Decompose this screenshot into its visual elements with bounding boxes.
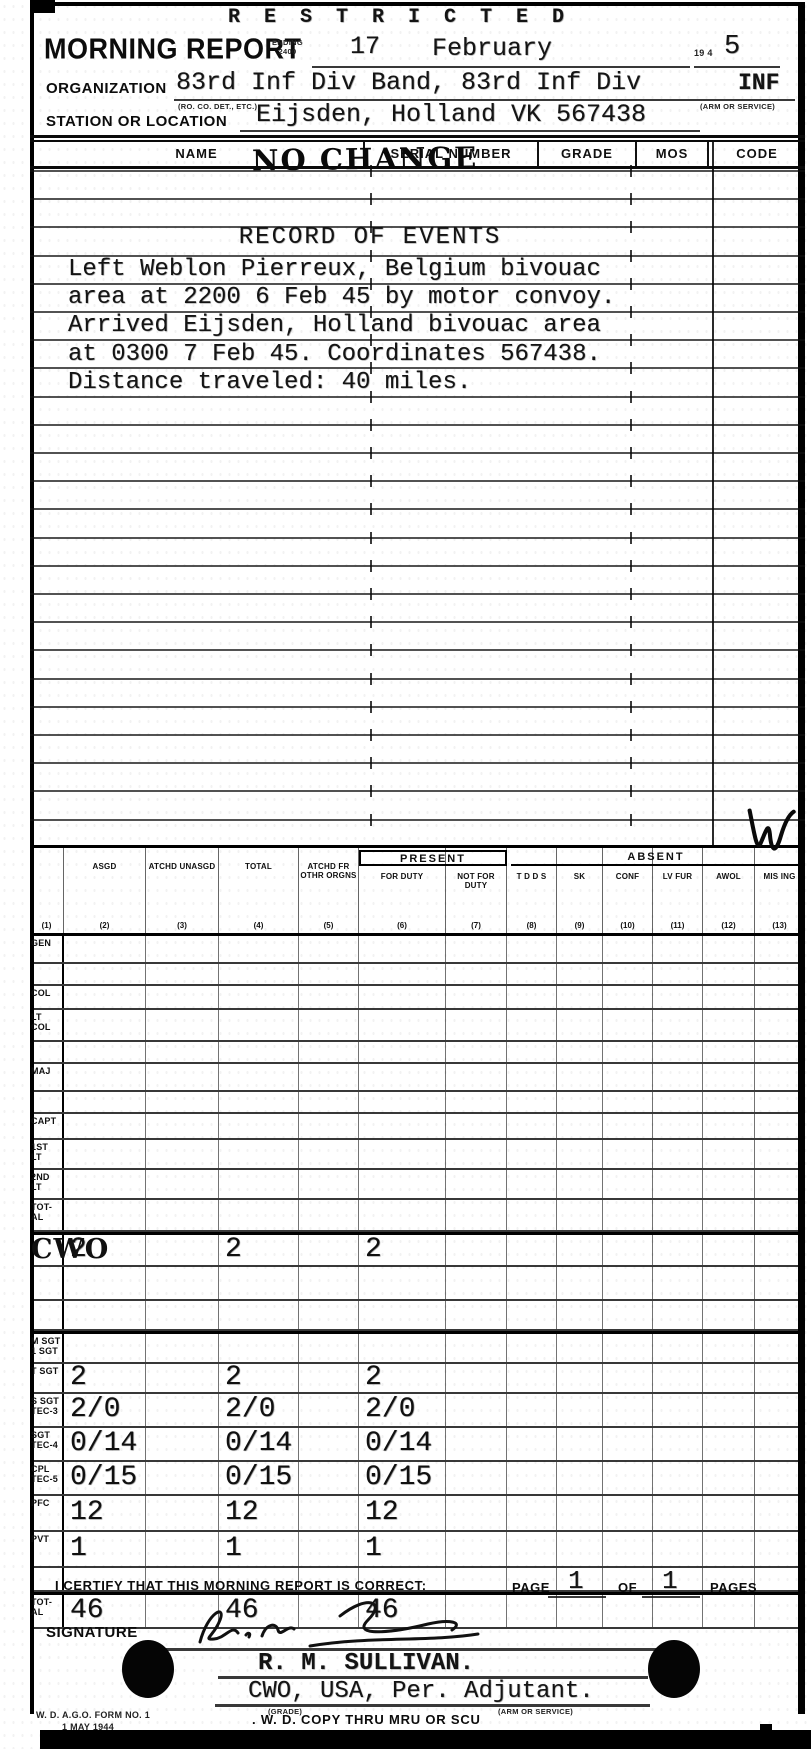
strength-cell: [219, 986, 299, 1008]
report-month: February: [432, 34, 552, 63]
organization-label: ORGANIZATION: [46, 80, 167, 97]
strength-cell: [146, 1092, 219, 1112]
strength-cell: [603, 986, 653, 1008]
strength-cell: [507, 1595, 557, 1627]
strength-cell: [653, 1042, 703, 1062]
strength-cell: [299, 1235, 359, 1265]
strength-cell: [653, 1010, 703, 1040]
strength-cell: 0/15: [219, 1462, 299, 1494]
strength-cell: [359, 936, 446, 962]
report-day: 17: [350, 32, 380, 61]
strength-cell: [703, 1364, 755, 1392]
strength-cell: [755, 1267, 805, 1299]
ruled-line: [30, 396, 805, 398]
strength-col-header: (1): [30, 848, 64, 933]
strength-cell: [557, 1394, 603, 1426]
strength-cell: [755, 1042, 805, 1062]
strength-col-header: ATCHD UNASGD(3): [146, 848, 219, 933]
strength-row: LT COL: [30, 1010, 805, 1042]
strength-cell: [146, 1532, 219, 1566]
strength-cell: [219, 1140, 299, 1168]
strength-cell: [219, 1301, 299, 1329]
strength-cell: [446, 1267, 507, 1299]
strength-cell: [507, 936, 557, 962]
strength-cell: [446, 1140, 507, 1168]
ruled-line: [30, 537, 805, 539]
strength-cell: [653, 1595, 703, 1627]
ruled-line: [30, 819, 805, 821]
strength-cell: [653, 1394, 703, 1426]
strength-table: PRESENT ABSENT (1)ASGD(2)ATCHD UNASGD(3)…: [30, 845, 805, 1629]
strength-cell: [653, 1267, 703, 1299]
strength-cell: [64, 1200, 146, 1230]
year-typed: 5: [724, 32, 740, 62]
strength-cell: [755, 1064, 805, 1090]
strength-row-label: [30, 1267, 64, 1299]
strength-cell: [146, 1140, 219, 1168]
copy-note: . W. D. COPY THRU MRU OR SCU: [252, 1712, 481, 1727]
strength-row-label: TOT- AL: [30, 1595, 64, 1627]
strength-cell: [557, 1428, 603, 1460]
organization-value: 83rd Inf Div Band, 83rd Inf Div: [176, 68, 641, 97]
strength-cell: [703, 1010, 755, 1040]
strength-cell: [299, 1114, 359, 1138]
strength-cell: 2: [64, 1364, 146, 1392]
page-label: PAGE: [512, 1580, 550, 1595]
strength-cell: [755, 1532, 805, 1566]
strength-cell: [653, 936, 703, 962]
strength-cell: [219, 1334, 299, 1362]
organization-arm: INF: [738, 70, 779, 96]
strength-cell: [703, 1496, 755, 1530]
strength-cell: [359, 1267, 446, 1299]
strength-cell: [557, 1462, 603, 1494]
margin-w-mark: [741, 805, 800, 860]
strength-cell: [359, 1010, 446, 1040]
strength-cell: [703, 936, 755, 962]
strength-cell: [299, 1267, 359, 1299]
ruled-line: [30, 762, 805, 764]
header-rule-1: [30, 135, 805, 138]
ruled-line: [30, 424, 805, 426]
strength-cell: [507, 1301, 557, 1329]
strength-cell: [359, 1334, 446, 1362]
strength-cell: [703, 1595, 755, 1627]
strength-col-header: T D D S(8): [507, 848, 557, 933]
strength-cell: [64, 1267, 146, 1299]
year-underline: [694, 66, 780, 68]
strength-cell: [446, 1064, 507, 1090]
strength-cell: [146, 986, 219, 1008]
strength-cell: [653, 1200, 703, 1230]
strength-cell: [653, 1496, 703, 1530]
strength-col-header: TOTAL(4): [219, 848, 299, 933]
strength-cell: [146, 964, 219, 984]
arm-sub-label-bottom: (ARM OR SERVICE): [498, 1707, 573, 1716]
strength-cell: [603, 1042, 653, 1062]
strength-cell: [299, 936, 359, 962]
strength-cell: [603, 1200, 653, 1230]
strength-cell: [299, 1301, 359, 1329]
strength-row-label: CWO: [30, 1235, 64, 1265]
strength-cell: [755, 1200, 805, 1230]
strength-cell: [446, 1568, 507, 1590]
strength-cell: 0/14: [359, 1428, 446, 1460]
page-underline: [548, 1596, 606, 1598]
strength-cell: [507, 1042, 557, 1062]
strength-cell: [755, 1364, 805, 1392]
form-number: W. D. A.G.O. FORM NO. 1: [36, 1710, 150, 1720]
strength-row-label: SGT TEC-4: [30, 1428, 64, 1460]
strength-cell: [507, 1064, 557, 1090]
station-value: Eijsden, Holland VK 567438: [256, 100, 646, 129]
strength-cell: [703, 1140, 755, 1168]
strength-cell: [703, 1170, 755, 1198]
punch-hole-right: [648, 1640, 700, 1698]
event-line: Arrived Eijsden, Holland bivouac area: [68, 312, 601, 339]
strength-cell: 2: [219, 1235, 299, 1265]
strength-col-header: NOT FOR DUTY(7): [446, 848, 507, 933]
strength-row-label: LT COL: [30, 1010, 64, 1040]
strength-cell: [64, 1114, 146, 1138]
strength-cell: [653, 1428, 703, 1460]
strength-cell: [603, 1010, 653, 1040]
strength-col-header: LV FUR(11): [653, 848, 703, 933]
strength-cell: [755, 1462, 805, 1494]
station-label: STATION OR LOCATION: [46, 113, 227, 130]
strength-row-label: [30, 964, 64, 984]
strength-cell: [146, 1267, 219, 1299]
roster-col-code: CODE: [709, 142, 805, 166]
strength-table-header: PRESENT ABSENT (1)ASGD(2)ATCHD UNASGD(3)…: [30, 848, 805, 936]
strength-cell: [64, 986, 146, 1008]
strength-cell: [446, 1462, 507, 1494]
strength-cell: 1: [64, 1532, 146, 1566]
strength-col-header: CONF(10): [603, 848, 653, 933]
arm-sub-label-top: (ARM OR SERVICE): [700, 102, 775, 111]
strength-cell: 12: [64, 1496, 146, 1530]
strength-row: 1ST LT: [30, 1140, 805, 1170]
event-line: area at 2200 6 Feb 45 by motor convoy.: [68, 284, 615, 311]
strength-cell: [653, 1064, 703, 1090]
event-line: at 0300 7 Feb 45. Coordinates 567438.: [68, 341, 601, 368]
strength-cell: [603, 1301, 653, 1329]
roster-col-mos: MOS: [637, 142, 709, 166]
strength-cell: [299, 1042, 359, 1062]
strength-cell: [299, 1064, 359, 1090]
strength-row-label: CPL TEC-5: [30, 1462, 64, 1494]
period-ending-label: ENDING 2400: [272, 38, 303, 56]
strength-cell: [557, 1064, 603, 1090]
strength-cell: [299, 1428, 359, 1460]
signature-scribble: [180, 1594, 490, 1656]
strength-cell: [603, 1064, 653, 1090]
strength-row: [30, 1042, 805, 1064]
event-line: Left Weblon Pierreux, Belgium bivouac: [68, 256, 601, 283]
of-label: OF: [618, 1580, 637, 1595]
strength-cell: [603, 1267, 653, 1299]
strength-row: [30, 1092, 805, 1114]
strength-row: S SGT TEC-32/02/02/0: [30, 1394, 805, 1428]
strength-cell: [507, 1532, 557, 1566]
strength-cell: 0/15: [64, 1462, 146, 1494]
ruled-line: [30, 621, 805, 623]
strength-row-label: TOT- AL: [30, 1200, 64, 1230]
strength-cell: [755, 1170, 805, 1198]
ruled-line: [30, 734, 805, 736]
strength-cell: [653, 1301, 703, 1329]
strength-cell: [703, 1532, 755, 1566]
pages-value: 1: [662, 1566, 678, 1596]
strength-cell: [219, 936, 299, 962]
strength-cell: [603, 1334, 653, 1362]
strength-cell: [653, 1170, 703, 1198]
no-change-stamp: NO CHANGE: [252, 140, 479, 177]
strength-cell: [603, 1170, 653, 1198]
strength-cell: [557, 1595, 603, 1627]
strength-cell: [755, 1140, 805, 1168]
strength-cell: [557, 986, 603, 1008]
ruled-line: [30, 198, 805, 200]
strength-cell: [219, 1200, 299, 1230]
strength-cell: [603, 1235, 653, 1265]
strength-cell: [446, 1532, 507, 1566]
strength-row-label: T SGT: [30, 1364, 64, 1392]
strength-cell: [653, 986, 703, 1008]
strength-col-header: FOR DUTY(6): [359, 848, 446, 933]
strength-cell: [64, 1042, 146, 1062]
strength-cell: [653, 1568, 703, 1590]
strength-cell: [703, 1301, 755, 1329]
roster-col-grade: GRADE: [539, 142, 637, 166]
strength-cell: [299, 964, 359, 984]
strength-cell: [446, 1010, 507, 1040]
strength-cell: [146, 1064, 219, 1090]
strength-col-header: SK(9): [557, 848, 603, 933]
record-of-events-title: RECORD OF EVENTS: [60, 224, 680, 251]
strength-cell: [557, 1140, 603, 1168]
strength-row: M SGT 1 SGT: [30, 1331, 805, 1364]
strength-cell: [755, 986, 805, 1008]
ruled-line: [30, 593, 805, 595]
strength-cell: [219, 1170, 299, 1198]
strength-cell: [557, 964, 603, 984]
strength-cell: [653, 1140, 703, 1168]
strength-cell: 0/14: [64, 1428, 146, 1460]
strength-cell: [446, 1092, 507, 1112]
strength-col-header: ATCHD FR OTHR ORGNS(5): [299, 848, 359, 933]
strength-cell: 1: [359, 1532, 446, 1566]
strength-cell: 12: [359, 1496, 446, 1530]
strength-cell: [507, 1428, 557, 1460]
strength-cell: [146, 1301, 219, 1329]
strength-row: [30, 1267, 805, 1301]
strength-row-label: [30, 1301, 64, 1329]
strength-cell: [359, 1301, 446, 1329]
strength-cell: [64, 1140, 146, 1168]
typed-title: CWO, USA, Per. Adjutant.: [248, 1678, 594, 1705]
strength-cell: [146, 1114, 219, 1138]
strength-cell: [507, 1364, 557, 1392]
org-sub-label: (RO. CO. DET., ETC.): [178, 102, 257, 111]
strength-cell: 2/0: [64, 1394, 146, 1426]
strength-cell: [446, 1496, 507, 1530]
strength-cell: [446, 1170, 507, 1198]
strength-cell: [653, 964, 703, 984]
strength-cell: [359, 1042, 446, 1062]
strength-cell: [299, 1092, 359, 1112]
strength-cell: [299, 1170, 359, 1198]
strength-cell: 2/0: [219, 1394, 299, 1426]
strength-cell: [653, 1532, 703, 1566]
strength-cell: [64, 1334, 146, 1362]
strength-cell: 0/15: [359, 1462, 446, 1494]
strength-cell: [446, 1235, 507, 1265]
strength-cell: [146, 1235, 219, 1265]
strength-cell: [507, 964, 557, 984]
strength-cell: 2: [359, 1364, 446, 1392]
strength-cell: [703, 1235, 755, 1265]
strength-cell: [299, 1200, 359, 1230]
strength-cell: [64, 1170, 146, 1198]
strength-cell: [703, 1462, 755, 1494]
strength-cell: [359, 1140, 446, 1168]
strength-table-body: GENCOLLT COLMAJCAPT1ST LT2ND LTTOT- ALCW…: [30, 936, 805, 1629]
strength-cell: [146, 1428, 219, 1460]
strength-cell: 2: [359, 1235, 446, 1265]
strength-cell: [64, 1064, 146, 1090]
strength-cell: [703, 1042, 755, 1062]
scan-edge-bottom: [40, 1730, 811, 1749]
strength-cell: [703, 1428, 755, 1460]
strength-cell: [557, 1200, 603, 1230]
strength-cell: [359, 1064, 446, 1090]
strength-cell: [755, 1568, 805, 1590]
strength-cell: [557, 1364, 603, 1392]
strength-cell: [446, 936, 507, 962]
strength-row-label: COL: [30, 986, 64, 1008]
ruled-line: [30, 452, 805, 454]
strength-cell: [557, 1092, 603, 1112]
strength-row-label: GEN: [30, 936, 64, 962]
strength-cell: [446, 1428, 507, 1460]
strength-cell: [359, 986, 446, 1008]
strength-cell: [755, 1595, 805, 1627]
strength-cell: [507, 1235, 557, 1265]
strength-cell: [507, 1334, 557, 1362]
strength-cell: [146, 1496, 219, 1530]
strength-cell: [557, 1532, 603, 1566]
ending-label-text: ENDING: [272, 38, 303, 47]
strength-row-label: S SGT TEC-3: [30, 1394, 64, 1426]
strength-cell: [755, 1092, 805, 1112]
strength-cell: [507, 1140, 557, 1168]
strength-cell: [507, 1010, 557, 1040]
strength-row: T SGT222: [30, 1364, 805, 1394]
strength-cell: [557, 1334, 603, 1362]
strength-row-label: [30, 1092, 64, 1112]
strength-cell: [557, 1496, 603, 1530]
strength-cell: [446, 1042, 507, 1062]
strength-row-label: CAPT: [30, 1114, 64, 1138]
strength-row-label: M SGT 1 SGT: [30, 1334, 64, 1362]
strength-cell: [507, 1394, 557, 1426]
page-value: 1: [568, 1566, 584, 1596]
strength-cell: [219, 1042, 299, 1062]
ruled-line: [30, 565, 805, 567]
strength-cell: [653, 1334, 703, 1362]
strength-cell: [507, 1092, 557, 1112]
strength-cell: [653, 1092, 703, 1112]
strength-cell: [557, 1267, 603, 1299]
strength-cell: [603, 1394, 653, 1426]
typed-name: R. M. SULLIVAN.: [258, 1650, 474, 1677]
strength-row: TOT- AL: [30, 1200, 805, 1232]
scanned-form-page: R E S T R I C T E D MORNING REPORT ENDIN…: [0, 0, 811, 1749]
strength-cell: [299, 1532, 359, 1566]
strength-cell: [603, 1532, 653, 1566]
strength-cell: [446, 1394, 507, 1426]
strength-row: [30, 964, 805, 986]
strength-cell: [64, 936, 146, 962]
scan-blob-top-left: [30, 0, 55, 13]
strength-cell: [299, 1140, 359, 1168]
strength-cell: [219, 1267, 299, 1299]
strength-row: CWO222: [30, 1232, 805, 1267]
strength-cell: [359, 964, 446, 984]
strength-cell: [507, 1267, 557, 1299]
strength-cell: [603, 1595, 653, 1627]
strength-cell: [507, 1462, 557, 1494]
strength-row: [30, 1301, 805, 1331]
strength-cell: [219, 1092, 299, 1112]
strength-cell: [653, 1462, 703, 1494]
strength-cell: [703, 1092, 755, 1112]
strength-row: GEN: [30, 936, 805, 964]
strength-cell: [219, 1114, 299, 1138]
strength-cell: [755, 1394, 805, 1426]
strength-cell: [446, 986, 507, 1008]
event-line: Distance traveled: 40 miles.: [68, 369, 471, 396]
strength-cell: [603, 1092, 653, 1112]
strength-cell: [146, 1042, 219, 1062]
strength-cell: [703, 1064, 755, 1090]
strength-cell: [359, 1114, 446, 1138]
strength-cell: [299, 1334, 359, 1362]
strength-cell: [703, 986, 755, 1008]
strength-cell: [359, 1170, 446, 1198]
strength-cell: [146, 1394, 219, 1426]
ruled-line: [30, 649, 805, 651]
strength-cell: [603, 936, 653, 962]
strength-cell: [219, 1010, 299, 1040]
strength-cell: 0/14: [219, 1428, 299, 1460]
strength-cell: [703, 1267, 755, 1299]
strength-cell: [146, 1010, 219, 1040]
strength-col-header: ASGD(2): [64, 848, 146, 933]
strength-cell: [557, 1235, 603, 1265]
strength-cell: [219, 1064, 299, 1090]
strength-cell: [557, 1010, 603, 1040]
code-column-divider: [712, 142, 714, 846]
strength-cell: [755, 936, 805, 962]
strength-row: MAJ: [30, 1064, 805, 1092]
strength-row-label: [30, 1042, 64, 1062]
strength-cell: [507, 1200, 557, 1230]
strength-row: CAPT: [30, 1114, 805, 1140]
classification-stamp: R E S T R I C T E D: [228, 6, 570, 29]
strength-cell: 46: [64, 1595, 146, 1627]
